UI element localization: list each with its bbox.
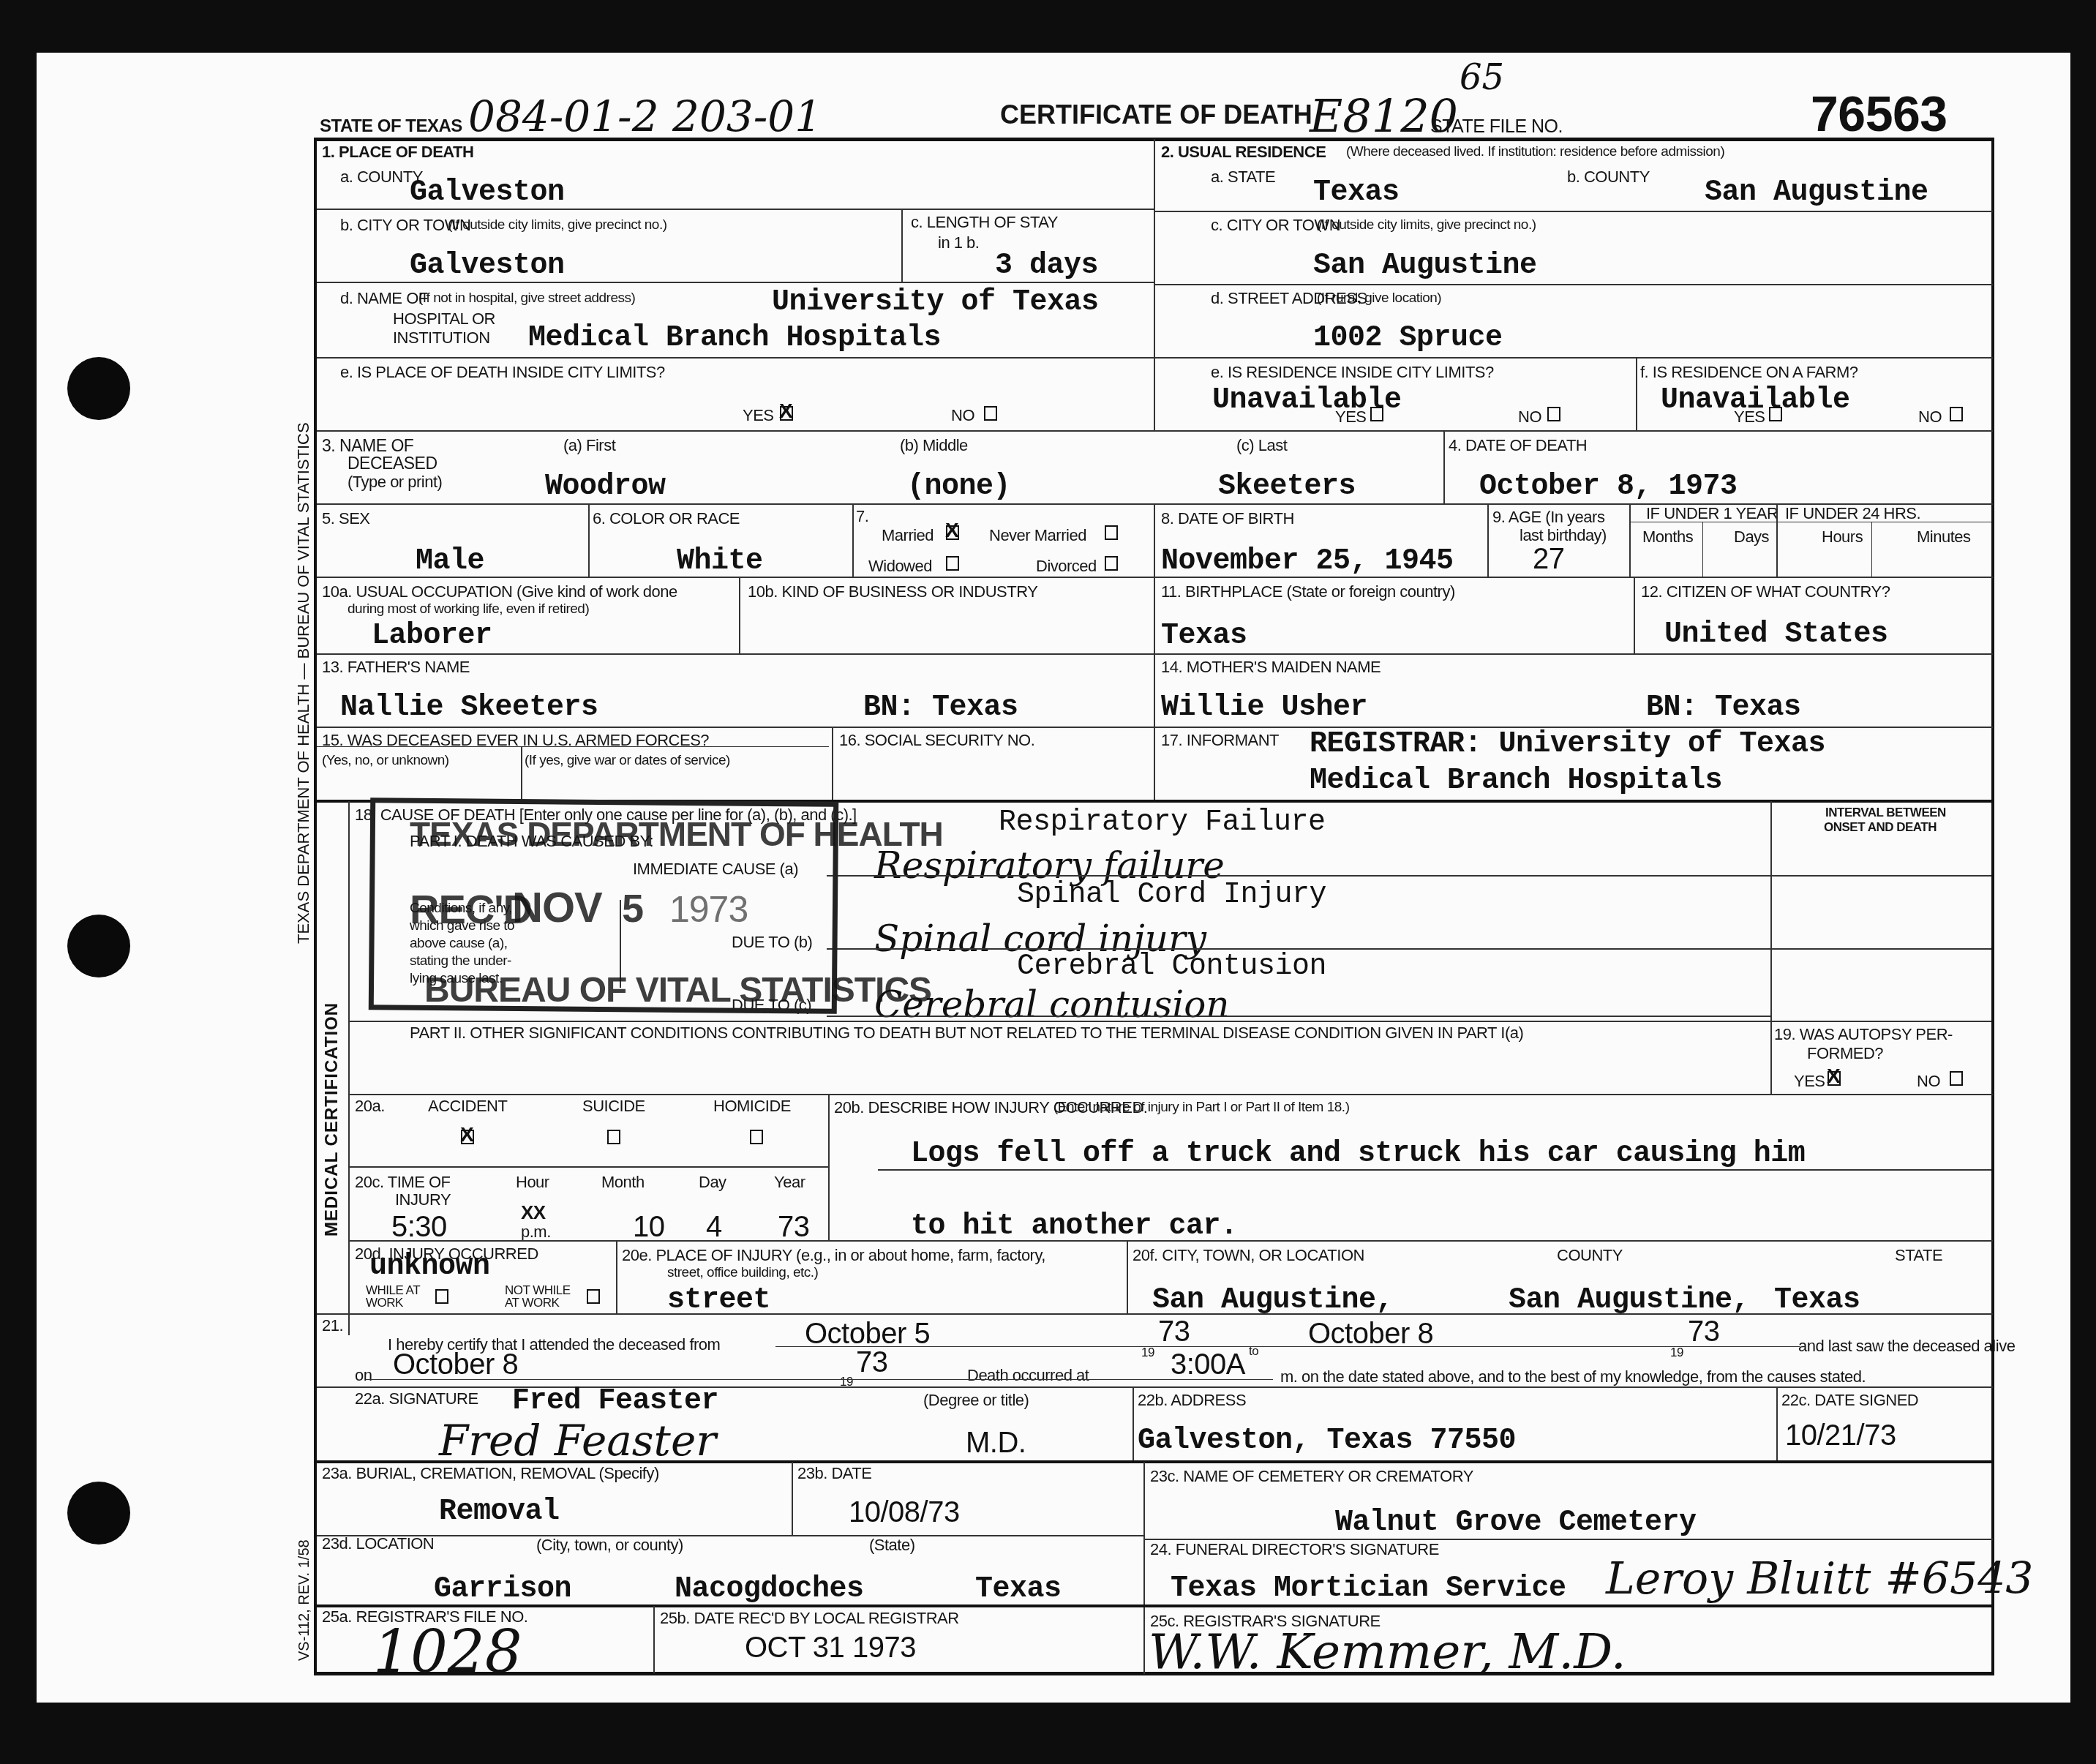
injury-occurred: unknown: [369, 1253, 490, 1282]
date-of-death-label: 4. DATE OF DEATH: [1449, 437, 1587, 454]
last-seen-date: October 8: [393, 1350, 518, 1379]
degree: M.D.: [966, 1428, 1026, 1457]
injury-city: San Augustine,: [1152, 1286, 1393, 1316]
father-birthplace: BN: Texas: [863, 694, 1018, 723]
date-of-birth: November 25, 1945: [1161, 547, 1454, 577]
month-label: Month: [601, 1174, 645, 1190]
place-of-injury-label: 20e. PLACE OF INJURY (e.g., in or about …: [622, 1247, 1045, 1264]
ampm: p.m.: [521, 1223, 551, 1240]
agency-margin-label: TEXAS DEPARTMENT OF HEALTH — BUREAU OF V…: [294, 422, 313, 944]
residence-inside-limits-label: e. IS RESIDENCE INSIDE CITY LIMITS?: [1211, 364, 1494, 380]
location-state: Texas: [975, 1575, 1062, 1605]
autopsy-label2: FORMED?: [1807, 1045, 1883, 1062]
first-name: Woodrow: [545, 473, 666, 502]
stamp-line3: BUREAU OF VITAL STATISTICS: [424, 973, 931, 1008]
divider: [1770, 801, 1772, 1094]
informant-label: 17. INFORMANT: [1161, 732, 1279, 748]
divider: [350, 1094, 1993, 1095]
farm-no-checkbox[interactable]: [1950, 407, 1963, 421]
no-label: NO: [1918, 408, 1942, 425]
divider: [1154, 503, 1155, 577]
injury-description-line2: to hit another car.: [911, 1212, 1238, 1242]
last-name-label: (c) Last: [1236, 437, 1287, 454]
divorced-label: Divorced: [1036, 558, 1097, 574]
industry-label: 10b. KIND OF BUSINESS OR INDUSTRY: [748, 583, 1037, 600]
widowed-label: Widowed: [868, 558, 932, 574]
suicide-checkbox[interactable]: [607, 1130, 620, 1144]
divider: [1155, 357, 1993, 359]
frame-top: [317, 138, 1994, 141]
divider: [350, 1166, 828, 1168]
accident-label: ACCIDENT: [428, 1097, 507, 1114]
sex: Male: [416, 547, 484, 577]
suicide-label: SUICIDE: [582, 1097, 645, 1114]
divider: [1631, 522, 1777, 522]
degree-label: (Degree or title): [923, 1392, 1029, 1408]
divider: [317, 209, 1154, 210]
interval-label: INTERVAL BETWEEN: [1825, 806, 1946, 819]
divider: [366, 1379, 1273, 1380]
divider: [739, 577, 740, 653]
residence-city-note: (If outside city limits, give precinct n…: [1317, 218, 1536, 233]
divider: [653, 1606, 655, 1673]
usual-residence-note: (Where deceased lived. If institution: r…: [1346, 145, 1724, 159]
cause-b-typed: Spinal Cord Injury: [1017, 881, 1326, 910]
divider: [832, 727, 833, 801]
form-revision: VS-112, REV. 1/58: [296, 1539, 313, 1661]
divider: [317, 430, 1993, 432]
time-of-injury-label: 20c. TIME OF: [355, 1174, 451, 1190]
last-name: Skeeters: [1218, 473, 1356, 502]
residence-limits-yes-checkbox[interactable]: [1370, 407, 1383, 421]
physician-address: Galveston, Texas 77550: [1138, 1427, 1516, 1456]
address-label: 22b. ADDRESS: [1138, 1392, 1246, 1408]
occupation: Laborer: [372, 622, 492, 651]
divider: [350, 1021, 1770, 1022]
date-of-death: October 8, 1973: [1479, 473, 1738, 502]
divider: [1132, 1386, 1134, 1462]
while-at-work-checkbox[interactable]: [435, 1289, 448, 1304]
divider: [616, 1240, 617, 1313]
while-at-work-label2: WORK: [366, 1296, 403, 1310]
injury-county: San Augustine,: [1509, 1286, 1749, 1316]
burial-method-label: 23a. BURIAL, CREMATION, REMOVAL (Specify…: [322, 1465, 659, 1482]
never-married-checkbox[interactable]: [1105, 525, 1118, 540]
place-of-death-label: 1. PLACE OF DEATH: [322, 143, 473, 160]
days-label: Days: [1734, 528, 1769, 545]
occupation-label: 10a. USUAL OCCUPATION (Give kind of work…: [322, 583, 677, 600]
interval-label2: ONSET AND DEATH: [1824, 821, 1937, 834]
injury-type-label: 20a.: [355, 1097, 385, 1114]
medical-certification-label: MEDICAL CERTIFICATION: [322, 1002, 342, 1236]
mother-birthplace: BN: Texas: [1646, 694, 1801, 723]
divider: [1770, 948, 1991, 950]
ssn-label: 16. SOCIAL SECURITY NO.: [839, 732, 1034, 748]
divider: [1155, 284, 1993, 285]
divider: [317, 357, 1154, 359]
residence-limits-no-checkbox[interactable]: [1547, 407, 1560, 421]
residence-county: San Augustine: [1705, 179, 1928, 208]
autopsy-label: 19. WAS AUTOPSY PER-: [1774, 1026, 1953, 1043]
inside-limits-yes-checkbox[interactable]: [780, 406, 793, 421]
state-of-texas-label: STATE OF TEXAS: [320, 117, 462, 135]
cause-a-typed: Respiratory Failure: [999, 808, 1326, 838]
divider: [317, 1460, 1993, 1463]
name-label2: DECEASED: [348, 454, 437, 472]
no-label: NO: [1917, 1073, 1940, 1089]
day-label: Day: [699, 1174, 726, 1190]
part2-label: PART II. OTHER SIGNIFICANT CONDITIONS CO…: [410, 1024, 1523, 1041]
divider: [1770, 1021, 1991, 1022]
divider: [1154, 577, 1155, 653]
months-label: Months: [1642, 528, 1693, 545]
divider: [1770, 875, 1991, 877]
armed-forces-sub1: (Yes, no, or unknown): [322, 754, 449, 768]
age-label2: last birthday): [1520, 527, 1607, 544]
burial-date-label: 23b. DATE: [797, 1465, 871, 1482]
location-city-label: (City, town, or county): [536, 1536, 683, 1553]
divider: [1778, 522, 1991, 522]
divider: [775, 1346, 1800, 1347]
age: 27: [1533, 544, 1565, 574]
residence-state-label: a. STATE: [1211, 168, 1275, 185]
frame-left: [314, 138, 317, 1674]
injury-state-label: STATE: [1895, 1247, 1942, 1264]
residence-street: 1002 Spruce: [1313, 324, 1503, 353]
length-of-stay: 3 days: [995, 252, 1098, 281]
birthplace: Texas: [1161, 622, 1247, 651]
death-city: Galveston: [410, 252, 565, 281]
divider: [317, 746, 829, 747]
certify-text3: m. on the date stated above, and to the …: [1280, 1368, 1866, 1385]
autopsy-no-checkbox[interactable]: [1950, 1071, 1963, 1086]
sex-label: 5. SEX: [322, 510, 369, 527]
place-of-injury: street: [667, 1286, 770, 1316]
certificate-title: CERTIFICATE OF DEATH: [1000, 101, 1312, 129]
cause-c-typed: Cerebral Contusion: [1017, 953, 1326, 982]
burial-method: Removal: [439, 1498, 560, 1527]
attended-to-year: 73: [1688, 1317, 1720, 1346]
widowed-checkbox[interactable]: [946, 556, 959, 571]
date-signed-label: 22c. DATE SIGNED: [1781, 1392, 1918, 1408]
first-name-label: (a) First: [563, 437, 615, 454]
registrar-file-number: 1028: [373, 1623, 522, 1681]
injury-description-line1: Logs fell off a truck and struck his car…: [911, 1140, 1805, 1169]
funeral-director-signature: Leroy Bluitt #6543: [1606, 1557, 2034, 1601]
hospital-label2: HOSPITAL OR: [393, 310, 495, 327]
registrar-signature: W.W. Kemmer, M.D.: [1149, 1628, 1626, 1676]
hospital-label3: INSTITUTION: [393, 329, 490, 346]
married-label: Married: [882, 527, 934, 544]
describe-injury-note: (Enter nature of injury in Part I or Par…: [1053, 1100, 1349, 1115]
divider: [1871, 522, 1872, 577]
farm-yes-checkbox[interactable]: [1769, 407, 1782, 421]
signature-label: 22a. SIGNATURE: [355, 1390, 478, 1407]
location-label: 23d. LOCATION: [322, 1535, 434, 1552]
city-note: (If outside city limits, give precinct n…: [448, 218, 667, 233]
physician-signature: Fred Feaster: [439, 1419, 716, 1462]
name-label: 3. NAME OF: [322, 437, 413, 454]
on-label: on: [355, 1367, 372, 1384]
cause-b-line: [827, 948, 1770, 950]
father-label: 13. FATHER'S NAME: [322, 658, 470, 675]
hospital-label: d. NAME OF: [340, 290, 428, 307]
state-file-label: STATE FILE NO.: [1430, 117, 1563, 136]
signer-typed-name: Fred Feaster: [512, 1387, 718, 1416]
year-prefix: 19: [1141, 1346, 1154, 1359]
time-of-injury-label2: INJURY: [395, 1191, 451, 1208]
divider: [588, 503, 590, 577]
divider: [1155, 211, 1993, 212]
certify-text2: and last saw the deceased alive: [1798, 1337, 2015, 1354]
attended-from-date: October 5: [805, 1319, 930, 1348]
divider: [317, 1535, 1143, 1536]
divider: [1776, 503, 1778, 577]
divider: [317, 1313, 1993, 1315]
divider: [1702, 522, 1703, 577]
divider: [521, 746, 522, 801]
death-county: Galveston: [410, 179, 565, 208]
residence-city: San Augustine: [1313, 252, 1537, 281]
divider: [852, 503, 854, 577]
autopsy-yes-checkbox[interactable]: [1828, 1071, 1841, 1086]
cemetery-label: 23c. NAME OF CEMETERY OR CREMATORY: [1150, 1468, 1473, 1485]
divider: [1634, 577, 1635, 653]
divider: [878, 1169, 1991, 1171]
death-occurred-label: Death occurred at: [967, 1367, 1089, 1384]
handwritten-code: 084-01-2 203-01: [468, 95, 822, 138]
under-24-hrs-label: IF UNDER 24 HRS.: [1785, 505, 1920, 522]
divider: [1487, 503, 1489, 577]
year-label: Year: [774, 1174, 805, 1190]
punch-hole: [67, 357, 130, 420]
race: White: [677, 547, 763, 577]
state-file-number: 76563: [1811, 89, 1947, 139]
citizen: United States: [1664, 620, 1888, 650]
injury-year: 73: [778, 1212, 810, 1242]
divider: [792, 1462, 793, 1535]
divider: [901, 209, 903, 282]
injury-hour: 5:30: [391, 1212, 447, 1242]
no-label: NO: [951, 407, 974, 424]
divider: [350, 1240, 1993, 1242]
residence-county-label: b. COUNTY: [1567, 168, 1650, 185]
informant-line2: Medical Branch Hospitals: [1310, 767, 1722, 796]
cause-c-line: [827, 1016, 1770, 1017]
birthplace-label: 11. BIRTHPLACE (State or foreign country…: [1161, 583, 1455, 600]
divider: [348, 801, 350, 1335]
cause-a-line: [827, 875, 1770, 877]
mother-name: Willie Usher: [1161, 694, 1367, 723]
frame-right: [1991, 138, 1994, 1674]
father-name: Nallie Skeeters: [340, 694, 598, 723]
divider: [1143, 1462, 1145, 1674]
location-city: Garrison: [434, 1575, 571, 1605]
citizen-label: 12. CITIZEN OF WHAT COUNTRY?: [1641, 583, 1890, 600]
divider: [1154, 653, 1155, 727]
divider: [317, 282, 1154, 283]
race-label: 6. COLOR OR RACE: [593, 510, 740, 527]
date-signed: 10/21/73: [1785, 1421, 1896, 1450]
never-married-label: Never Married: [989, 527, 1086, 544]
yes-label: YES: [743, 407, 774, 424]
hospital-line2: Medical Branch Hospitals: [528, 324, 941, 353]
cemetery: Walnut Grove Cemetery: [1335, 1509, 1697, 1538]
farm-label: f. IS RESIDENCE ON A FARM?: [1640, 364, 1858, 380]
attended-to-date: October 8: [1308, 1319, 1433, 1348]
married-checkbox[interactable]: [946, 525, 959, 540]
hours-label: Hours: [1822, 528, 1863, 545]
street-note: (If rural, give location): [1317, 291, 1441, 306]
death-time: 3:00A: [1171, 1350, 1245, 1379]
residence-state: Texas: [1313, 179, 1400, 208]
date-received: OCT 31 1973: [745, 1633, 916, 1662]
yes-label: YES: [1734, 408, 1765, 425]
date-of-birth-label: 8. DATE OF BIRTH: [1161, 510, 1294, 527]
stamp-month: NOV: [512, 887, 602, 929]
divider: [1127, 1240, 1128, 1313]
marital-label: 7.: [856, 508, 868, 525]
divorced-checkbox[interactable]: [1105, 556, 1118, 571]
divider: [1776, 1386, 1778, 1462]
divider: [1154, 727, 1155, 801]
armed-forces-sub2: (If yes, give war or dates of service): [525, 754, 730, 768]
injury-state: Texas: [1774, 1286, 1860, 1316]
inside-limits-no-checkbox[interactable]: [984, 406, 997, 421]
divider: [828, 1094, 830, 1240]
length-of-stay-label2: in 1 b.: [938, 234, 979, 251]
divider: [1636, 357, 1637, 430]
divider: [1443, 430, 1445, 503]
ampm-struck: XX: [521, 1203, 546, 1223]
not-at-work-checkbox[interactable]: [587, 1289, 600, 1304]
middle-name: (none): [907, 473, 1010, 502]
date-received-label: 25b. DATE REC'D BY LOCAL REGISTRAR: [660, 1610, 959, 1626]
mother-label: 14. MOTHER'S MAIDEN NAME: [1161, 658, 1381, 675]
not-at-work-label2: AT WORK: [505, 1296, 559, 1310]
injury-location-label: 20f. CITY, TOWN, OR LOCATION: [1132, 1247, 1364, 1264]
age-label: 9. AGE (In years: [1492, 508, 1604, 525]
middle-name-label: (b) Middle: [900, 437, 968, 454]
certification-number: 21.: [322, 1317, 343, 1334]
minutes-label: Minutes: [1917, 528, 1971, 545]
occupation-label2: during most of working life, even if ret…: [348, 602, 589, 617]
stamp-year: 1973: [669, 891, 748, 928]
divider: [317, 1605, 1993, 1607]
injury-month: 10: [633, 1212, 665, 1242]
funeral-director-label: 24. FUNERAL DIRECTOR'S SIGNATURE: [1150, 1541, 1439, 1558]
divider: [1629, 503, 1631, 577]
homicide-label: HOMICIDE: [713, 1097, 791, 1114]
length-of-stay-label: c. LENGTH OF STAY: [911, 214, 1058, 230]
punch-hole: [67, 1482, 130, 1545]
hospital-note: (If not in hospital, give street address…: [418, 291, 635, 306]
homicide-checkbox[interactable]: [750, 1130, 763, 1144]
inside-city-limits-label: e. IS PLACE OF DEATH INSIDE CITY LIMITS?: [340, 364, 665, 380]
attended-from-year: 73: [1158, 1317, 1190, 1346]
year-prefix: 19: [1670, 1346, 1683, 1359]
location-county: Nacogdoches: [675, 1575, 864, 1605]
name-label3: (Type or print): [348, 473, 442, 490]
hour-label: Hour: [516, 1174, 549, 1190]
last-seen-year: 73: [856, 1348, 888, 1377]
informant-line1: REGISTRAR: University of Texas: [1310, 730, 1825, 759]
under-1-year-label: IF UNDER 1 YEAR: [1646, 505, 1778, 522]
funeral-home: Texas Mortician Service: [1171, 1575, 1566, 1604]
injury-day: 4: [706, 1212, 722, 1242]
yes-label: YES: [1335, 408, 1367, 425]
burial-date: 10/08/73: [849, 1498, 960, 1527]
handwritten-superscript: 65: [1460, 60, 1504, 95]
no-label: NO: [1518, 408, 1541, 425]
hospital-line1: University of Texas: [772, 288, 1099, 318]
injury-county-label: COUNTY: [1557, 1247, 1623, 1264]
usual-residence-label: 2. USUAL RESIDENCE: [1161, 143, 1326, 160]
stamp-day: 5: [622, 889, 643, 928]
yes-label: YES: [1794, 1073, 1825, 1089]
place-of-injury-label2: street, office building, etc.): [667, 1266, 818, 1280]
stamp-line1: TEXAS DEPARTMENT OF HEALTH: [410, 817, 943, 851]
accident-checkbox[interactable]: [461, 1130, 474, 1144]
punch-hole: [67, 915, 130, 977]
location-state-label: (State): [869, 1536, 915, 1553]
